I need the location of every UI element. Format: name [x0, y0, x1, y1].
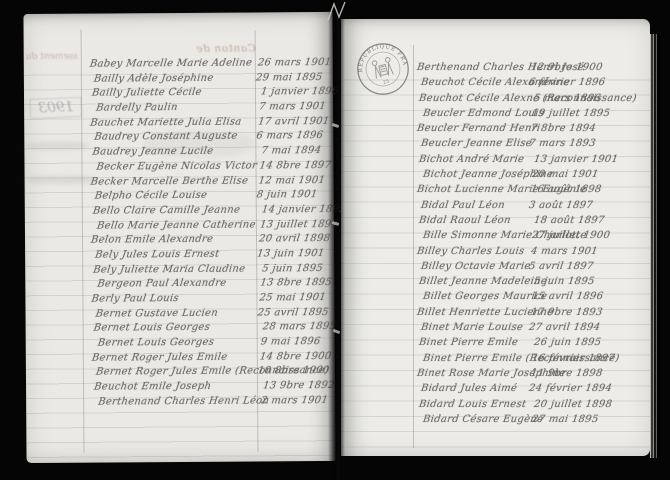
entry-name: Becker Eugène Nicolas Victor [90, 160, 258, 172]
entry-name: Bernet Louis Georges [91, 322, 211, 334]
register-row: Bernet Roger Jules Emile14 8bre 1900 [92, 350, 331, 366]
entry-date: 27 juillet 1900 [528, 230, 611, 241]
register-row: Billet Henriette Lucienne17 9bre 1893 [417, 306, 648, 321]
entry-date: 27 avril 1894 [528, 322, 601, 333]
seal-emblem-figures [372, 57, 394, 79]
entry-name: Bely Jules Louis Ernest [90, 249, 220, 261]
entry-name: Baudrey Jeanne Lucile [90, 146, 214, 158]
register-row: Bergeon Paul Alexandre13 8bre 1895 [91, 276, 330, 292]
bleedthrough-margin-text: ssement du [26, 52, 78, 62]
register-row: Bidal Paul Léon3 août 1897 [417, 199, 648, 214]
register-row: Bille Simonne Marie Charlotte27 juillet … [417, 229, 648, 244]
entry-date: 13 8bre 1895 [257, 277, 333, 289]
entry-name: Bailly Adèle Joséphine [89, 72, 214, 84]
entry-date: 3 août 1897 [528, 200, 593, 211]
seal-arc-text: RÉPUBLIQUE FRANÇAISE [348, 34, 408, 79]
entry-name: Bidard Césare Eugène [416, 414, 544, 425]
register-row: Bernet Roger Jules Emile (Reconnaissance… [92, 364, 331, 380]
margin-rule [413, 45, 414, 448]
register-row: Bernet Louis Georges28 mars 1895 [92, 320, 331, 336]
register-row: Bichot Lucienne Marie Eugénie16 août 189… [417, 183, 648, 198]
register-row: Binet Marie Louise27 avril 1894 [417, 321, 648, 336]
entry-date: 13 9bre 1892 [257, 380, 335, 392]
entry-name: Bailly Juliette Cécile [89, 87, 202, 99]
entry-name: Bidard Jules Aimé [416, 383, 518, 394]
register-row: Bello Marie Jeanne Catherine13 juillet 1… [91, 218, 330, 234]
entry-name: Becker Marcelle Berthe Elise [90, 175, 249, 187]
register-row: Berthenand Charles Henri José12 9bre 190… [417, 61, 648, 76]
entry-name: Bernet Roger Jules Emile [91, 351, 228, 363]
register-scan: Canton de ssement du 1903 Babey Marcelle… [0, 0, 670, 480]
register-row: Becker Eugène Nicolas Victor14 8bre 1897 [90, 159, 329, 175]
register-row: Baudrey Constant Auguste6 mars 1896 [90, 129, 329, 145]
bleedthrough-year-stamp: 1903 [30, 97, 82, 119]
entry-date: 8 juin 1901 [256, 189, 318, 200]
register-row: Bidal Raoul Léon18 août 1897 [417, 214, 648, 229]
entry-date: 26 juin 1895 [528, 337, 602, 348]
register-row: Belpho Cécile Louise8 juin 1901 [91, 188, 330, 204]
entry-name: Beucler Jeanne Elise [416, 138, 533, 149]
register-row: Bidard Louis Ernest20 juillet 1898 [417, 398, 648, 413]
register-row: Binet Rose Marie Joséphine11 9bre 1898 [417, 367, 648, 382]
entry-name: Bidal Raoul Léon [416, 215, 511, 226]
register-row: Binet Pierre Emile26 juin 1895 [417, 336, 648, 351]
register-row: Billey Octavie Marie5 avril 1897 [417, 260, 648, 275]
register-row: Berthenand Charles Henri Léon2 mars 1901 [92, 394, 331, 410]
entry-date: 5 juin 1895 [528, 276, 595, 287]
entry-name: Bidal Paul Léon [416, 200, 505, 211]
register-row: Beucler Jeanne Elise7 mars 1893 [417, 137, 648, 152]
entry-date: 17 avril 1901 [255, 116, 330, 128]
entry-name: Berthenand Charles Henri Léon [91, 395, 270, 407]
entry-date: 20 avril 1898 [256, 233, 331, 245]
register-row: Berly Paul Louis25 mai 1901 [91, 291, 330, 307]
entry-date: 14 8bre 1900 [257, 351, 332, 363]
entry-date: 25 avril 1895 [257, 307, 330, 319]
entry-name: Bidard Louis Ernest [416, 399, 527, 410]
register-row: Bely Jules Louis Ernest13 juin 1901 [91, 247, 330, 263]
register-row: Bernet Louis Georges9 mai 1896 [92, 335, 331, 351]
entry-name: Beucler Fernand Henri [416, 123, 541, 134]
register-row: Belon Emile Alexandre20 avril 1898 [91, 232, 330, 248]
register-row: Becker Marcelle Berthe Elise12 mai 1901 [91, 173, 330, 189]
entry-date: 1 janvier 1896 [255, 86, 339, 98]
page-stack-edge [650, 34, 660, 458]
register-row: Billey Charles Louis4 mars 1901 [417, 245, 648, 260]
entry-date: 26 mars 1901 [255, 57, 332, 69]
entry-date: 24 février 1894 [528, 383, 613, 394]
book-gutter-shadow [328, 0, 345, 480]
entry-name: Belpho Cécile Louise [90, 190, 208, 202]
register-row: Billet Jeanne Madeleine5 juin 1895 [417, 275, 648, 290]
entry-date: 15 avril 1896 [528, 291, 604, 302]
register-row: Billet Georges Maurice15 avril 1896 [417, 290, 648, 305]
entry-name: Bardelly Paulin [89, 102, 178, 114]
entry-date: 5 juin 1895 [256, 263, 323, 274]
register-row: Bailly Adèle Joséphine29 mai 1895 [90, 71, 329, 87]
entry-date: 7 8bre 1894 [528, 123, 596, 134]
entry-date: 10 8bre 1900 [257, 365, 330, 377]
register-row: Beuchot Cécile Alexandrine6 février 1896 [417, 76, 648, 91]
entry-name: Bernet Louis Georges [91, 337, 215, 349]
republique-francaise-seal: RÉPUBLIQUE FRANÇAISE 25 [348, 34, 418, 104]
right-page-entries: Berthenand Charles Henri José12 9bre 190… [417, 61, 648, 428]
entry-name: Bello Marie Jeanne Catherine [90, 219, 256, 231]
entry-date: 25 mai 1901 [257, 292, 327, 303]
entry-date: 13 juillet 1894 [256, 218, 339, 230]
left-page: Canton de ssement du 1903 Babey Marcelle… [23, 12, 335, 463]
entry-name: Beuchot Cécile Alexne (Reconnaissance) [416, 93, 637, 104]
register-row: Beucler Edmond Louis19 juillet 1895 [417, 107, 648, 122]
entry-date: 19 juillet 1895 [528, 108, 611, 119]
margin-rule [81, 30, 85, 453]
entry-date: 4 mars 1901 [528, 246, 598, 257]
entry-date: 13 juin 1901 [256, 248, 325, 259]
register-row: Beucler Fernand Henri7 8bre 1894 [417, 122, 648, 137]
binding-thread [324, 0, 350, 24]
entry-name: Beuchot Emile Joseph [91, 381, 212, 393]
register-row: Bidard Césare Eugène27 mai 1895 [417, 413, 648, 428]
entry-name: Beucler Edmond Louis [416, 108, 545, 119]
entry-name: Bely Juliette Maria Claudine [90, 263, 246, 275]
register-row: Beuchot Emile Joseph13 9bre 1892 [92, 379, 331, 395]
entry-name: Babey Marcelle Marie Adeline [89, 57, 253, 69]
entry-date: 20 juillet 1898 [528, 399, 613, 410]
entry-date: 29 mai 1895 [255, 72, 323, 83]
register-row: Bely Juliette Maria Claudine5 juin 1895 [91, 262, 330, 278]
entry-date: 13 janvier 1901 [528, 154, 619, 165]
entry-name: Binet Pierre Emile [416, 337, 519, 348]
register-row: Binet Pierre Emile (Reconnaissance)16 fé… [417, 352, 648, 367]
register-row: Babey Marcelle Marie Adeline26 mars 1901 [90, 56, 329, 72]
bleedthrough-smudge [26, 142, 88, 150]
register-row: Bello Claire Camille Jeanne14 janvier 18… [91, 203, 330, 219]
entry-date: 12 9bre 1900 [528, 62, 603, 73]
entry-date: 16 août 1898 [528, 184, 602, 195]
entry-date: 28 mars 1895 [257, 321, 337, 333]
entry-name: Billey Charles Louis [416, 246, 525, 257]
entry-name: Bauchet Mariette Julia Elisa [89, 116, 242, 128]
entry-date: 20 mai 1901 [528, 169, 599, 180]
entry-name: Baudrey Constant Auguste [90, 131, 239, 143]
entry-date: 7 mai 1894 [256, 145, 322, 156]
entry-date: 16 février 1897 [528, 353, 616, 364]
entry-name: Billey Octavie Marie [416, 261, 531, 272]
bleedthrough-canton-label: Canton de [196, 42, 256, 54]
entry-date: 14 8bre 1897 [256, 160, 332, 172]
right-page: RÉPUBLIQUE FRANÇAISE 25 Berthenand Charl… [341, 19, 650, 456]
left-page-entries: Babey Marcelle Marie Adeline26 mars 1901… [90, 56, 331, 410]
entry-date: 11 9bre 1898 [528, 368, 603, 379]
svg-text:RÉPUBLIQUE FRANÇAISE: RÉPUBLIQUE FRANÇAISE [348, 34, 408, 79]
entry-date: 2 mars 1901 [257, 395, 328, 406]
register-row: Bichot Jeanne Joséphine20 mai 1901 [417, 168, 648, 183]
register-row: Bidard Jules Aimé24 février 1894 [417, 382, 648, 397]
entry-date: 18 août 1897 [528, 215, 605, 226]
entry-name: Bichot André Marie [416, 154, 525, 165]
entry-date: 9 mai 1896 [257, 336, 321, 347]
entry-date: 12 mai 1901 [256, 174, 326, 185]
entry-name: Bernet Gustave Lucien [91, 307, 219, 319]
register-row: Beuchot Cécile Alexne (Reconnaissance)5 … [417, 92, 648, 107]
entry-date: 17 9bre 1893 [528, 307, 603, 318]
register-row: Bailly Juliette Cécile1 janvier 1896 [90, 85, 329, 101]
entry-date: 6 février 1896 [528, 77, 606, 88]
entry-date: 7 mars 1901 [255, 101, 326, 112]
entry-date: 6 mars 1896 [256, 130, 324, 141]
entry-name: Binet Marie Louise [416, 322, 524, 333]
entry-name: Bello Claire Camille Jeanne [90, 204, 241, 216]
bleedthrough-smudge [27, 176, 97, 184]
entry-name: Berly Paul Louis [91, 293, 180, 305]
entry-date: 5 mars 1896 [528, 93, 601, 104]
register-row: Bichot André Marie13 janvier 1901 [417, 153, 648, 168]
entry-name: Belon Emile Alexandre [90, 234, 214, 246]
register-row: Bauchet Mariette Julia Elisa17 avril 190… [90, 115, 329, 131]
entry-date: 7 mars 1893 [528, 138, 596, 149]
entry-date: 27 mai 1895 [528, 414, 599, 425]
register-row: Baudrey Jeanne Lucile7 mai 1894 [90, 144, 329, 160]
entry-name: Bergeon Paul Alexandre [91, 278, 228, 290]
register-row: Bernet Gustave Lucien25 avril 1895 [91, 306, 330, 322]
register-row: Bardelly Paulin7 mars 1901 [90, 100, 329, 116]
entry-date: 5 avril 1897 [528, 261, 594, 272]
